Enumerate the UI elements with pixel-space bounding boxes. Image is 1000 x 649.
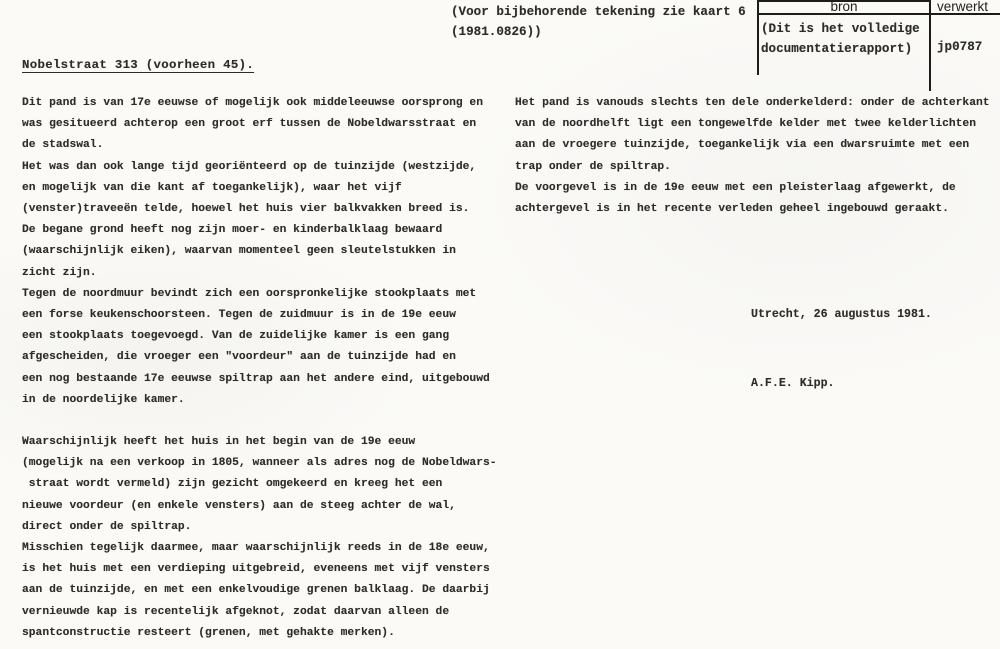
source-column-header: bron: [759, 0, 929, 13]
signature-place-date: Utrecht, 26 augustus 1981.: [751, 303, 932, 326]
source-cell-note: (Dit is het volledige documentatierappor…: [761, 19, 920, 59]
paragraph-ground-floor: De begane grond heeft nog zijn moer- en …: [22, 220, 510, 284]
document-title: Nobelstraat 313 (voorheen 45).: [22, 55, 254, 76]
paragraph-facades: De voorgevel is in de 19e eeuw met een p…: [515, 178, 1000, 220]
paragraph-cellar: Het pand is vanouds slechts ten dele ond…: [515, 93, 1000, 178]
paragraph-origin: Dit pand is van 17e eeuwse of mogelijk o…: [22, 93, 510, 157]
right-text-column: Het pand is vanouds slechts ten dele ond…: [515, 93, 1000, 220]
paragraph-fireplaces: Tegen de noordmuur bevindt zich een oors…: [22, 284, 510, 411]
paragraph-upper-floor: Misschien tegelijk daarmee, maar waarsch…: [22, 538, 510, 644]
processed-code-cell: jp0787: [937, 37, 982, 58]
processed-column-header: verwerkt: [937, 0, 988, 13]
paragraph-orientation: Het was dan ook lange tijd georiënteerd …: [22, 157, 510, 221]
left-text-column: Dit pand is van 17e eeuwse of mogelijk o…: [22, 93, 510, 644]
signature-block: Utrecht, 26 augustus 1981. A.F.E. Kipp.: [751, 257, 932, 418]
drawing-reference-note: (Voor bijbehorende tekening zie kaart 6 …: [451, 2, 746, 42]
signature-author: A.F.E. Kipp.: [751, 372, 932, 395]
scanned-document-page: { "document": { "colors": { "paper": "#f…: [0, 0, 1000, 649]
paragraph-19th-century: Waarschijnlijk heeft het huis in het beg…: [22, 432, 510, 538]
